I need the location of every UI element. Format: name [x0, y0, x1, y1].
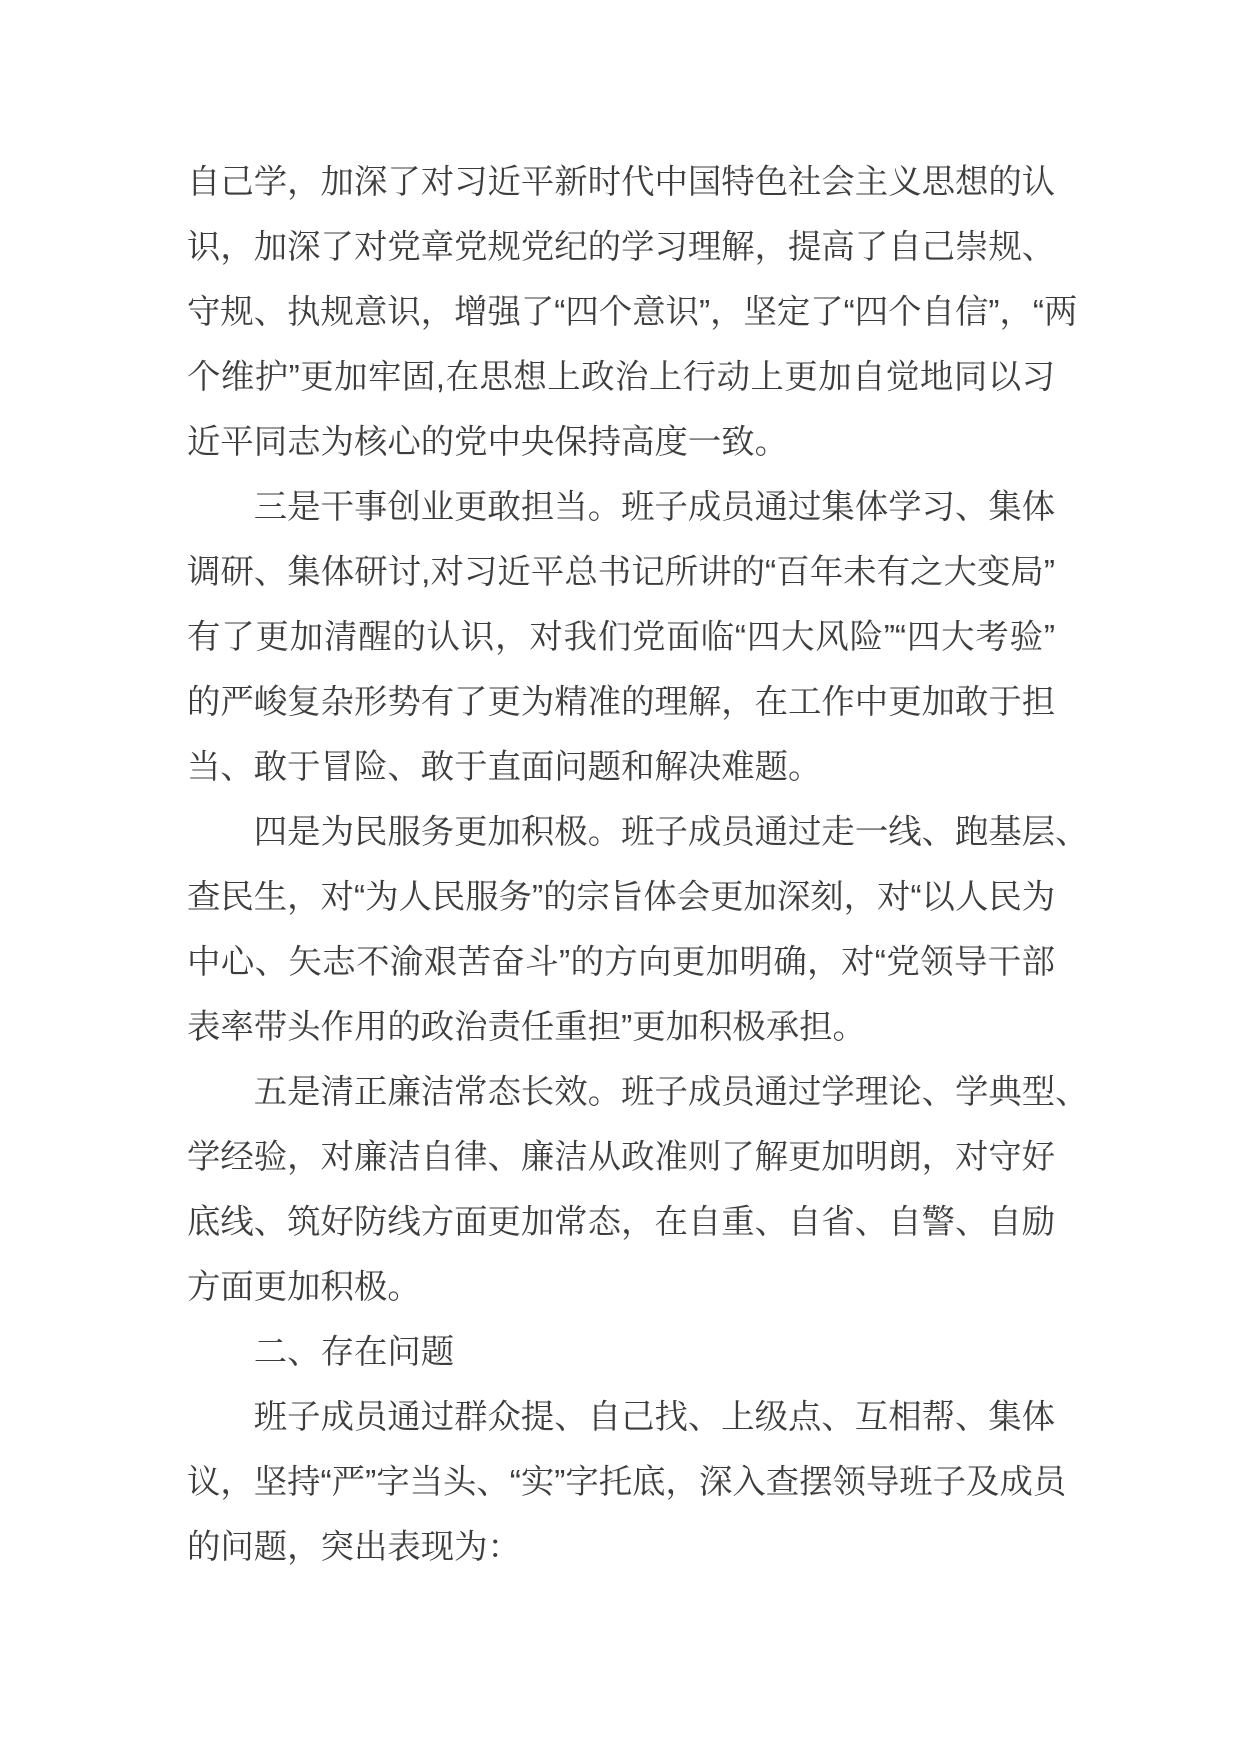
text-line: 有了更加清醒的认识，对我们党面临“四大风险”“四大考验”: [187, 605, 1055, 670]
text-line: 守规、执规意识，增强了“四个意识”，坚定了“四个自信”，“两: [187, 280, 1055, 345]
text-line: 学经验，对廉洁自律、廉洁从政准则了解更加明朗，对守好: [187, 1125, 1055, 1190]
document-body: 自己学，加深了对习近平新时代中国特色社会主义思想的认 识，加深了对党章党规党纪的…: [187, 150, 1055, 1580]
text-line: 五是清正廉洁常态长效。班子成员通过学理论、学典型、: [187, 1060, 1055, 1125]
section-heading: 二、存在问题: [187, 1320, 1055, 1385]
text-line: 四是为民服务更加积极。班子成员通过走一线、跑基层、: [187, 800, 1055, 865]
text-line: 的问题，突出表现为：: [187, 1515, 1055, 1580]
document-page: 自己学，加深了对习近平新时代中国特色社会主义思想的认 识，加深了对党章党规党纪的…: [0, 0, 1241, 1755]
text-line: 自己学，加深了对习近平新时代中国特色社会主义思想的认: [187, 150, 1055, 215]
text-line: 查民生，对“为人民服务”的宗旨体会更加深刻，对“以人民为: [187, 865, 1055, 930]
text-line: 调研、集体研讨,对习近平总书记所讲的“百年未有之大变局”: [187, 540, 1055, 605]
text-line: 当、敢于冒险、敢于直面问题和解决难题。: [187, 735, 1055, 800]
text-line: 班子成员通过群众提、自己找、上级点、互相帮、集体: [187, 1385, 1055, 1450]
text-line: 议，坚持“严”字当头、“实”字托底，深入查摆领导班子及成员: [187, 1450, 1055, 1515]
text-line: 方面更加积极。: [187, 1255, 1055, 1320]
text-line: 中心、矢志不渝艰苦奋斗”的方向更加明确，对“党领导干部: [187, 930, 1055, 995]
text-line: 底线、筑好防线方面更加常态，在自重、自省、自警、自励: [187, 1190, 1055, 1255]
text-line: 个维护”更加牢固,在思想上政治上行动上更加自觉地同以习: [187, 345, 1055, 410]
text-line: 表率带头作用的政治责任重担”更加积极承担。: [187, 995, 1055, 1060]
text-line: 近平同志为核心的党中央保持高度一致。: [187, 410, 1055, 475]
text-line: 三是干事创业更敢担当。班子成员通过集体学习、集体: [187, 475, 1055, 540]
text-line: 的严峻复杂形势有了更为精准的理解，在工作中更加敢于担: [187, 670, 1055, 735]
text-line: 识，加深了对党章党规党纪的学习理解，提高了自己崇规、: [187, 215, 1055, 280]
